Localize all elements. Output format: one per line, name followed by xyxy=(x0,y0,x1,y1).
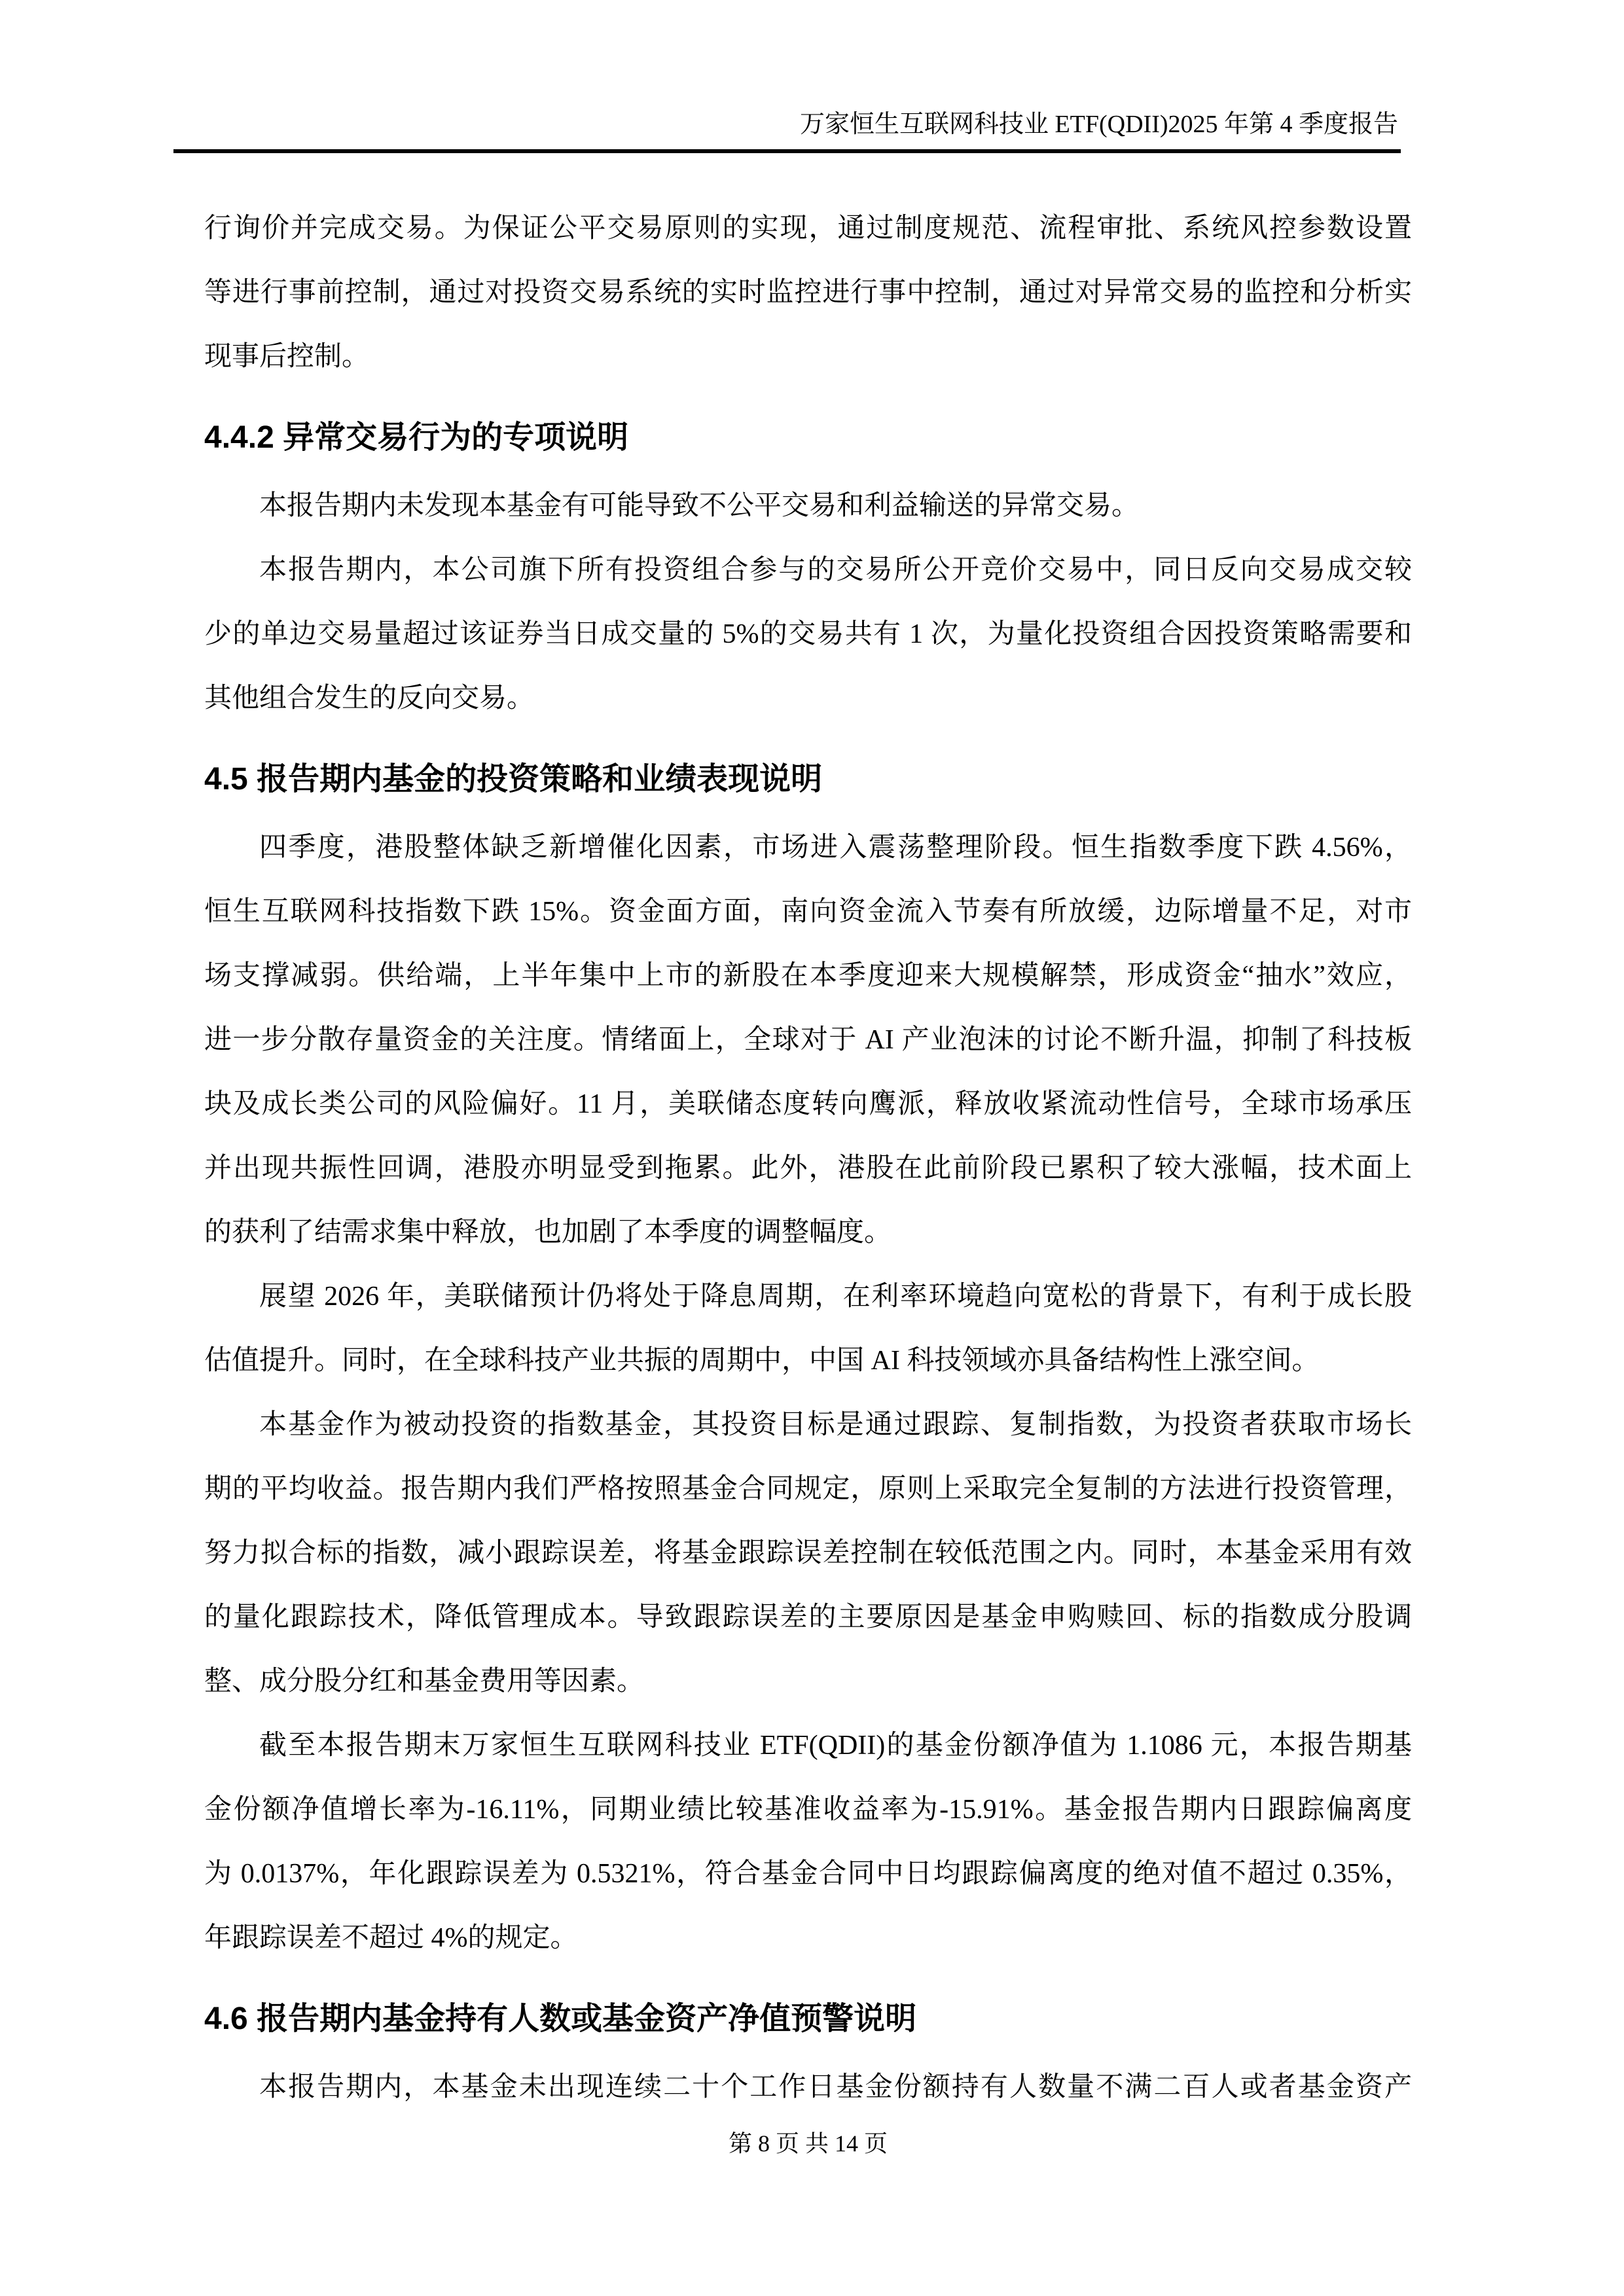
paragraph: 四季度，港股整体缺乏新增催化因素，市场进入震荡整理阶段。恒生指数季度下跌 4.5… xyxy=(204,816,1412,1265)
page-footer: 第 8 页 共 14 页 xyxy=(204,2124,1412,2163)
paragraph-line: 其他组合发生的反向交易。 xyxy=(204,666,1412,730)
paragraph: 截至本报告期末万家恒生互联网科技业 ETF(QDII)的基金份额净值为 1.10… xyxy=(204,1713,1412,1970)
paragraph-line: 块及成长类公司的风险偏好。11 月，美联储态度转向鹰派，释放收紧流动性信号，全球… xyxy=(204,1072,1412,1136)
paragraph-line: 恒生互联网科技指数下跌 15%。资金面方面，南向资金流入节奏有所放缓，边际增量不… xyxy=(204,880,1412,944)
section-heading: 4.4.2 异常交易行为的专项说明 xyxy=(204,415,1412,461)
section-heading: 4.5 报告期内基金的投资策略和业绩表现说明 xyxy=(204,757,1412,802)
paragraph-line: 少的单边交易量超过该证券当日成交量的 5%的交易共有 1 次，为量化投资组合因投… xyxy=(204,602,1412,666)
paragraph-line: 现事后控制。 xyxy=(204,325,1412,389)
paragraph: 本基金作为被动投资的指数基金，其投资目标是通过跟踪、复制指数，为投资者获取市场长… xyxy=(204,1393,1412,1713)
paragraph-line: 努力拟合标的指数，减小跟踪误差，将基金跟踪误差控制在较低范围之内。同时，本基金采… xyxy=(204,1521,1412,1585)
paragraph: 本报告期内，本公司旗下所有投资组合参与的交易所公开竞价交易中，同日反向交易成交较… xyxy=(204,538,1412,730)
header-divider xyxy=(173,149,1401,153)
paragraph: 本报告期内，本基金未出现连续二十个工作日基金份额持有人数量不满二百人或者基金资产 xyxy=(204,2055,1412,2119)
paragraph-line: 的获利了结需求集中释放，也加剧了本季度的调整幅度。 xyxy=(204,1200,1412,1265)
paragraph-line: 的量化跟踪技术，降低管理成本。导致跟踪误差的主要原因是基金申购赎回、标的指数成分… xyxy=(204,1585,1412,1649)
paragraph-line: 并出现共振性回调，港股亦明显受到拖累。此外，港股在此前阶段已累积了较大涨幅，技术… xyxy=(204,1136,1412,1200)
document-body: 行询价并完成交易。为保证公平交易原则的实现，通过制度规范、流程审批、系统风控参数… xyxy=(204,196,1412,2119)
paragraph-line: 等进行事前控制，通过对投资交易系统的实时监控进行事中控制，通过对异常交易的监控和… xyxy=(204,260,1412,325)
paragraph-line: 截至本报告期末万家恒生互联网科技业 ETF(QDII)的基金份额净值为 1.10… xyxy=(204,1713,1412,1778)
paragraph-line: 本报告期内未发现本基金有可能导致不公平交易和利益输送的异常交易。 xyxy=(204,474,1412,538)
page-number: 第 8 页 共 14 页 xyxy=(729,2130,888,2157)
section-heading: 4.6 报告期内基金持有人数或基金资产净值预警说明 xyxy=(204,1996,1412,2042)
paragraph-line: 四季度，港股整体缺乏新增催化因素，市场进入震荡整理阶段。恒生指数季度下跌 4.5… xyxy=(204,816,1412,880)
paragraph-line: 展望 2026 年，美联储预计仍将处于降息周期，在利率环境趋向宽松的背景下，有利… xyxy=(204,1265,1412,1329)
paragraph: 行询价并完成交易。为保证公平交易原则的实现，通过制度规范、流程审批、系统风控参数… xyxy=(204,196,1412,389)
paragraph: 展望 2026 年，美联储预计仍将处于降息周期，在利率环境趋向宽松的背景下，有利… xyxy=(204,1265,1412,1393)
paragraph-line: 本基金作为被动投资的指数基金，其投资目标是通过跟踪、复制指数，为投资者获取市场长 xyxy=(204,1393,1412,1457)
paragraph-line: 行询价并完成交易。为保证公平交易原则的实现，通过制度规范、流程审批、系统风控参数… xyxy=(204,196,1412,260)
paragraph: 本报告期内未发现本基金有可能导致不公平交易和利益输送的异常交易。 xyxy=(204,474,1412,538)
paragraph-line: 年跟踪误差不超过 4%的规定。 xyxy=(204,1906,1412,1970)
header-title: 万家恒生互联网科技业 ETF(QDII)2025 年第 4 季度报告 xyxy=(800,110,1398,140)
paragraph-line: 本报告期内，本基金未出现连续二十个工作日基金份额持有人数量不满二百人或者基金资产 xyxy=(204,2055,1412,2119)
paragraph-line: 本报告期内，本公司旗下所有投资组合参与的交易所公开竞价交易中，同日反向交易成交较 xyxy=(204,538,1412,602)
paragraph-line: 估值提升。同时，在全球科技产业共振的周期中，中国 AI 科技领域亦具备结构性上涨… xyxy=(204,1329,1412,1393)
paragraph-line: 金份额净值增长率为-16.11%，同期业绩比较基准收益率为-15.91%。基金报… xyxy=(204,1778,1412,1842)
report-page: 万家恒生互联网科技业 ETF(QDII)2025 年第 4 季度报告 行询价并完… xyxy=(0,0,1624,2296)
paragraph-line: 整、成分股分红和基金费用等因素。 xyxy=(204,1649,1412,1713)
paragraph-line: 场支撑减弱。供给端，上半年集中上市的新股在本季度迎来大规模解禁，形成资金“抽水”… xyxy=(204,944,1412,1008)
paragraph-line: 期的平均收益。报告期内我们严格按照基金合同规定，原则上采取完全复制的方法进行投资… xyxy=(204,1457,1412,1521)
paragraph-line: 进一步分散存量资金的关注度。情绪面上，全球对于 AI 产业泡沫的讨论不断升温，抑… xyxy=(204,1008,1412,1072)
paragraph-line: 为 0.0137%，年化跟踪误差为 0.5321%，符合基金合同中日均跟踪偏离度… xyxy=(204,1842,1412,1906)
